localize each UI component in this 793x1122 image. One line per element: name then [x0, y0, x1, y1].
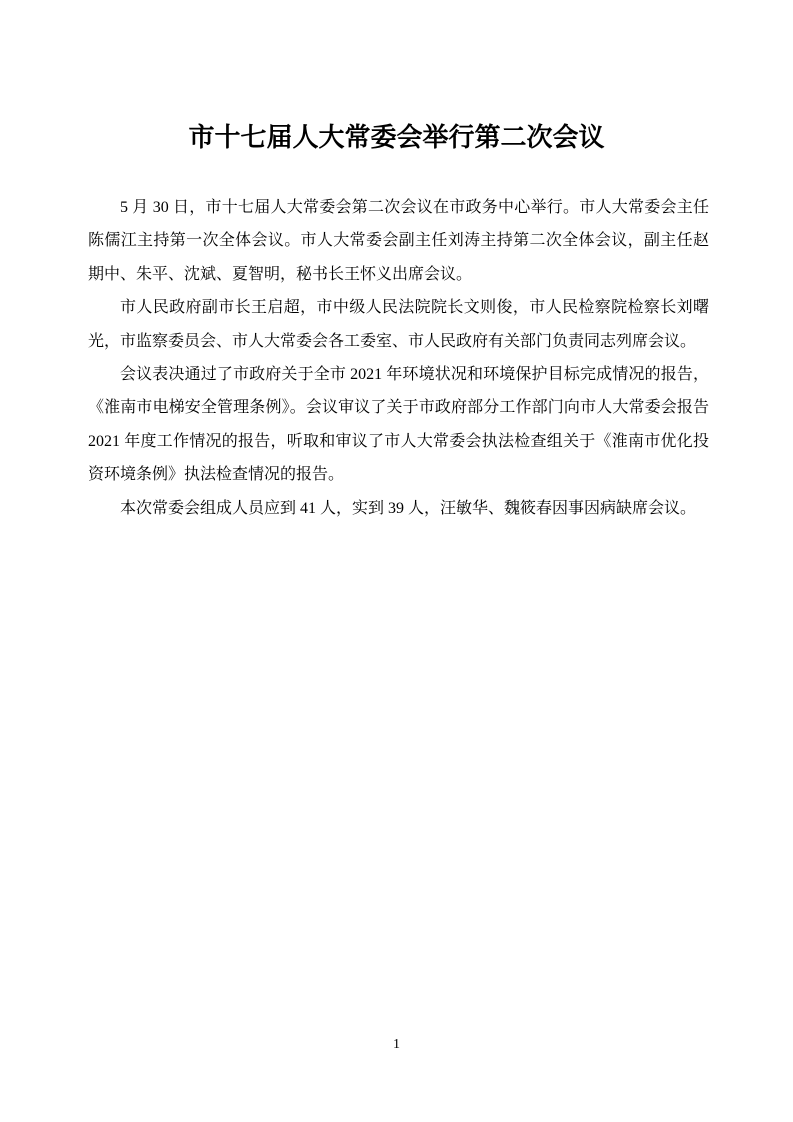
document-title: 市十七届人大常委会举行第二次会议: [0, 0, 793, 157]
document-page: { "document": { "title": "市十七届人大常委会举行第二次…: [0, 0, 793, 1122]
document-body: 5 月 30 日，市十七届人大常委会第二次会议在市政务中心举行。市人大常委会主任…: [0, 191, 793, 525]
page-number: 1: [0, 1036, 793, 1054]
paragraph-4: 本次常委会组成人员应到 41 人，实到 39 人，汪敏华、魏筱春因事因病缺席会议…: [88, 492, 709, 525]
paragraph-3: 会议表决通过了市政府关于全市 2021 年环境状况和环境保护目标完成情况的报告，…: [88, 358, 709, 492]
document-sheet: 市十七届人大常委会举行第二次会议 5 月 30 日，市十七届人大常委会第二次会议…: [0, 0, 793, 1122]
paragraph-1: 5 月 30 日，市十七届人大常委会第二次会议在市政务中心举行。市人大常委会主任…: [88, 191, 709, 291]
paragraph-2: 市人民政府副市长王启超，市中级人民法院院长文则俊，市人民检察院检察长刘曙光，市监…: [88, 291, 709, 358]
